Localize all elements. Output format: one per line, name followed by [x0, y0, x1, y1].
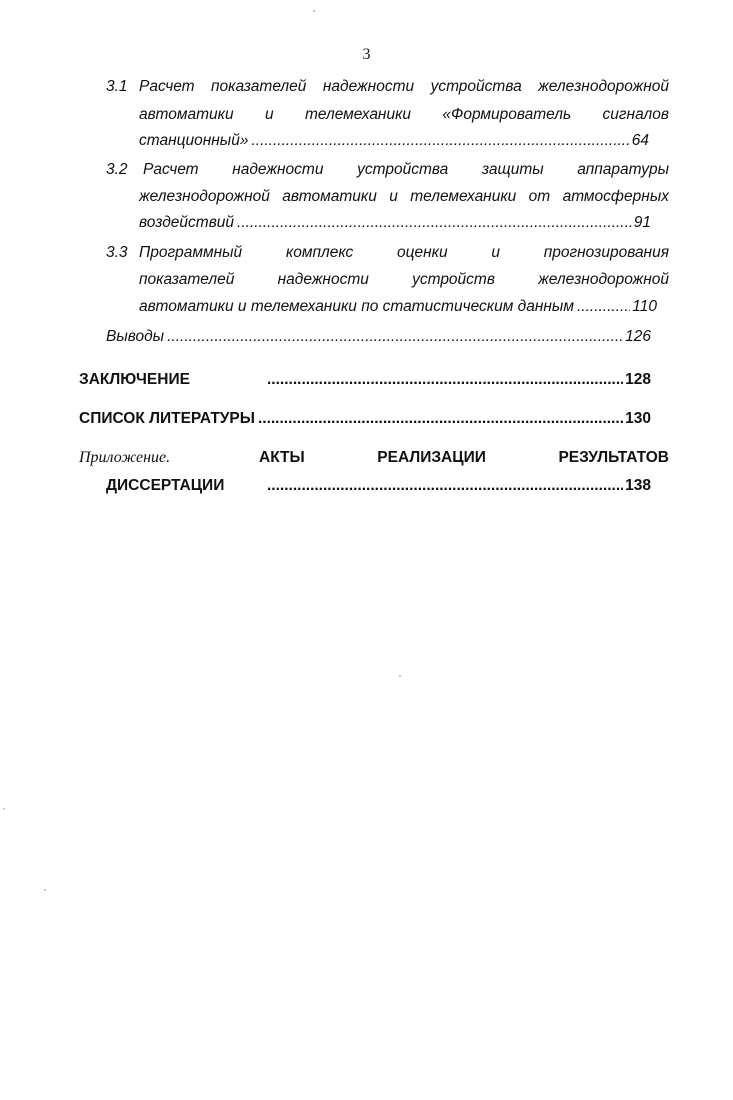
section-title-tail: автоматики и телемеханики по статистичес…	[139, 296, 574, 318]
word: надежности	[278, 269, 369, 291]
word: аппаратуры	[577, 159, 669, 181]
word: «Формирователь	[442, 104, 571, 126]
scan-speck	[44, 889, 46, 891]
page-number: 3	[0, 46, 733, 64]
page-ref[interactable]: 130	[625, 408, 651, 430]
word: от	[529, 186, 551, 208]
page-ref[interactable]: 110	[632, 296, 657, 318]
dot-leader	[267, 369, 623, 391]
page-ref[interactable]: 138	[625, 475, 651, 497]
word: телемеханики	[410, 186, 516, 208]
word: Расчет	[143, 159, 199, 181]
word: и	[389, 186, 398, 208]
scan-speck	[399, 675, 401, 677]
word: устройства	[431, 76, 522, 98]
word: АКТЫ	[259, 447, 305, 469]
word: сигналов	[603, 104, 669, 126]
word: надежности	[232, 159, 323, 181]
word: железнодорожной	[139, 186, 270, 208]
word: атмосферных	[563, 186, 669, 208]
toc-entry-references[interactable]: СПИСОК ЛИТЕРАТУРЫ 130	[79, 408, 651, 430]
word: устройств	[412, 269, 495, 291]
dot-leader	[251, 130, 629, 152]
word: Расчет	[139, 76, 195, 98]
word: устройства	[357, 159, 448, 181]
toc-entry-conclusion[interactable]: ЗАКЛЮЧЕНИЕ 128	[79, 369, 651, 391]
word: телемеханики	[305, 104, 411, 126]
section-title-line-1: Расчет показателей надежности устройства…	[139, 76, 669, 98]
section-title-line-2: железнодорожной автоматики и телемеханик…	[139, 186, 669, 208]
word: автоматики	[282, 186, 377, 208]
section-number: 3.1	[106, 76, 128, 98]
word: и	[265, 104, 274, 126]
section-title-line-2: автоматики и телемеханики «Формирователь…	[139, 104, 669, 126]
toc-entry-conclusions[interactable]: Выводы 126	[106, 326, 651, 348]
appendix-title-line-1: АКТЫ РЕАЛИЗАЦИИ РЕЗУЛЬТАТОВ	[259, 447, 669, 469]
word: показателей	[211, 76, 306, 98]
section-title-line-3: воздействий 91	[139, 212, 651, 234]
dot-leader	[577, 296, 630, 318]
page-ref[interactable]: 128	[625, 369, 651, 391]
dot-leader	[267, 475, 623, 497]
section-title-tail: станционный»	[139, 130, 248, 152]
word: показателей	[139, 269, 234, 291]
dot-leader	[258, 408, 623, 430]
section-number: 3.3	[106, 242, 128, 264]
word: РЕАЛИЗАЦИИ	[377, 447, 486, 469]
scan-speck	[3, 808, 5, 810]
page-ref[interactable]: 126	[625, 326, 651, 348]
appendix-prefix: Приложение.	[79, 447, 259, 469]
word: надежности	[323, 76, 414, 98]
word: прогнозирования	[544, 242, 669, 264]
section-title-line-1: Расчет надежности устройства защиты аппа…	[143, 159, 669, 181]
page-ref[interactable]: 64	[632, 130, 649, 152]
section-title-line-3: автоматики и телемеханики по статистичес…	[139, 296, 657, 318]
word: автоматики	[139, 104, 234, 126]
word: РЕЗУЛЬТАТОВ	[558, 447, 669, 469]
entry-label: СПИСОК ЛИТЕРАТУРЫ	[79, 408, 255, 430]
entry-label: ЗАКЛЮЧЕНИЕ	[79, 369, 264, 391]
dot-leader	[167, 326, 623, 348]
word: железнодорожной	[538, 76, 669, 98]
scan-speck	[313, 10, 315, 12]
section-title-tail: воздействий	[139, 212, 234, 234]
word: оценки	[397, 242, 448, 264]
word: комплекс	[286, 242, 353, 264]
page-ref[interactable]: 91	[634, 212, 651, 234]
dot-leader	[237, 212, 632, 234]
word: и	[491, 242, 500, 264]
word: железнодорожной	[538, 269, 669, 291]
word: Программный	[139, 242, 242, 264]
appendix-title-line-2: ДИССЕРТАЦИИ 138	[106, 475, 651, 497]
entry-label: ДИССЕРТАЦИИ	[106, 475, 264, 497]
section-number: 3.2	[106, 159, 128, 181]
word: защиты	[482, 159, 544, 181]
section-title-line-2: показателей надежности устройств железно…	[139, 269, 669, 291]
section-title-line-3: станционный» 64	[139, 130, 649, 152]
section-title-line-1: Программный комплекс оценки и прогнозиро…	[139, 242, 669, 264]
entry-label: Выводы	[106, 326, 164, 348]
